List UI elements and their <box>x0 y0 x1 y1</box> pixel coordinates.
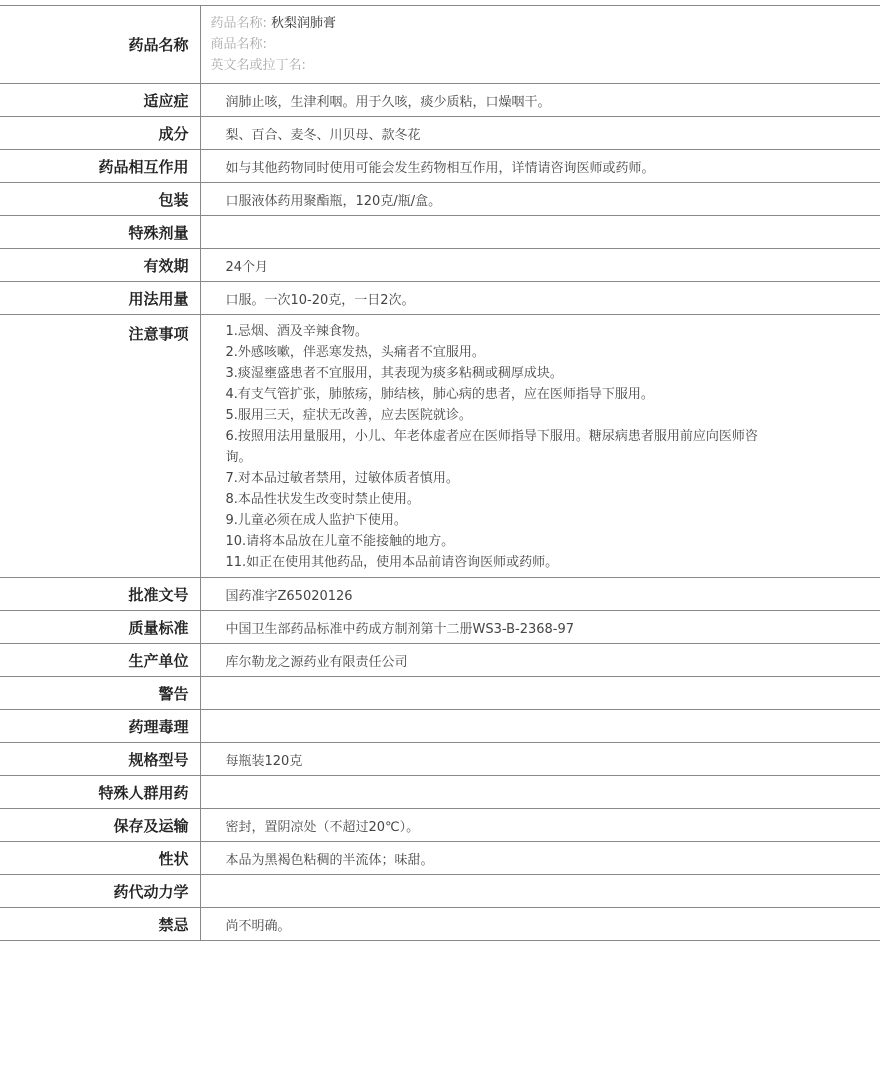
trade-name-key: 商品名称: <box>211 37 267 52</box>
spec-label: 质量标准 <box>0 611 200 644</box>
generic-name-value: 秋梨润肺膏 <box>271 16 336 31</box>
spec-label: 有效期 <box>0 249 200 282</box>
notice-item: 6.按照用法用量服用，小儿、年老体虚者应在医师指导下服用。糖尿病患者服用前应向医… <box>226 426 781 468</box>
spec-label: 包装 <box>0 183 200 216</box>
notice-item: 4.有支气管扩张，肺脓疡，肺结核，肺心病的患者，应在医师指导下服用。 <box>226 384 781 405</box>
spec-row: 特殊人群用药 <box>0 776 880 809</box>
spec-label: 警告 <box>0 677 200 710</box>
spec-value: 每瓶装120克 <box>200 743 880 776</box>
generic-name-line: 药品名称: 秋梨润肺膏 <box>211 13 880 34</box>
spec-label: 用法用量 <box>0 282 200 315</box>
spec-label: 注意事项 <box>0 315 200 578</box>
spec-row: 规格型号 每瓶装120克 <box>0 743 880 776</box>
drug-name-block: 药品名称: 秋梨润肺膏 商品名称: 英文名或拉丁名: <box>200 6 880 84</box>
spec-value: 24个月 <box>200 249 880 282</box>
spec-row: 批准文号 国药准字Z65020126 <box>0 578 880 611</box>
spec-value <box>200 776 880 809</box>
notice-item: 8.本品性状发生改变时禁止使用。 <box>226 489 781 510</box>
spec-label: 药理毒理 <box>0 710 200 743</box>
drug-spec-table: 药品名称 药品名称: 秋梨润肺膏 商品名称: 英文名或拉丁名: 适应症 润肺止咳… <box>0 5 880 941</box>
spec-value: 如与其他药物同时使用可能会发生药物相互作用，详情请咨询医师或药师。 <box>200 150 880 183</box>
spec-label: 药品名称 <box>0 6 200 84</box>
spec-label: 批准文号 <box>0 578 200 611</box>
spec-row: 有效期 24个月 <box>0 249 880 282</box>
notice-item: 2.外感咳嗽，伴恶寒发热，头痛者不宜服用。 <box>226 342 781 363</box>
spec-row: 禁忌 尚不明确。 <box>0 908 880 941</box>
spec-row: 药品相互作用 如与其他药物同时使用可能会发生药物相互作用，详情请咨询医师或药师。 <box>0 150 880 183</box>
spec-row: 药理毒理 <box>0 710 880 743</box>
spec-row: 性状 本品为黑褐色粘稠的半流体；味甜。 <box>0 842 880 875</box>
notice-item: 1.忌烟、酒及辛辣食物。 <box>226 321 781 342</box>
english-name-line: 英文名或拉丁名: <box>211 55 880 76</box>
spec-label: 适应症 <box>0 84 200 117</box>
english-name-key: 英文名或拉丁名: <box>211 58 306 73</box>
notice-item: 11.如正在使用其他药品，使用本品前请咨询医师或药师。 <box>226 552 781 573</box>
spec-row: 生产单位 库尔勒龙之源药业有限责任公司 <box>0 644 880 677</box>
spec-label: 保存及运输 <box>0 809 200 842</box>
spec-value: 梨、百合、麦冬、川贝母、款冬花 <box>200 117 880 150</box>
spec-value <box>200 710 880 743</box>
spec-row: 特殊剂量 <box>0 216 880 249</box>
spec-value <box>200 875 880 908</box>
spec-row: 质量标准 中国卫生部药品标准中药成方制剂第十二册WS3-B-2368-97 <box>0 611 880 644</box>
notice-item: 3.痰湿壅盛患者不宜服用，其表现为痰多粘稠或稠厚成块。 <box>226 363 781 384</box>
spec-row: 成分 梨、百合、麦冬、川贝母、款冬花 <box>0 117 880 150</box>
spec-value <box>200 216 880 249</box>
trade-name-line: 商品名称: <box>211 34 880 55</box>
spec-label: 成分 <box>0 117 200 150</box>
spec-label: 特殊人群用药 <box>0 776 200 809</box>
spec-row: 适应症 润肺止咳，生津利咽。用于久咳，痰少质粘，口燥咽干。 <box>0 84 880 117</box>
notice-block: 1.忌烟、酒及辛辣食物。 2.外感咳嗽，伴恶寒发热，头痛者不宜服用。 3.痰湿壅… <box>200 315 880 578</box>
notice-item: 5.服用三天，症状无改善，应去医院就诊。 <box>226 405 781 426</box>
spec-label: 规格型号 <box>0 743 200 776</box>
spec-value: 库尔勒龙之源药业有限责任公司 <box>200 644 880 677</box>
spec-row: 保存及运输 密封，置阴凉处（不超过20℃）。 <box>0 809 880 842</box>
notice-item: 7.对本品过敏者禁用，过敏体质者慎用。 <box>226 468 781 489</box>
spec-value: 国药准字Z65020126 <box>200 578 880 611</box>
spec-value: 口服液体药用聚酯瓶，120克/瓶/盒。 <box>200 183 880 216</box>
spec-row: 包装 口服液体药用聚酯瓶，120克/瓶/盒。 <box>0 183 880 216</box>
spec-value: 口服。一次10-20克，一日2次。 <box>200 282 880 315</box>
spec-label: 特殊剂量 <box>0 216 200 249</box>
spec-value: 密封，置阴凉处（不超过20℃）。 <box>200 809 880 842</box>
notice-item: 9.儿童必须在成人监护下使用。 <box>226 510 781 531</box>
spec-row: 用法用量 口服。一次10-20克，一日2次。 <box>0 282 880 315</box>
spec-row-drug-name: 药品名称 药品名称: 秋梨润肺膏 商品名称: 英文名或拉丁名: <box>0 6 880 84</box>
spec-row: 药代动力学 <box>0 875 880 908</box>
spec-label: 药代动力学 <box>0 875 200 908</box>
spec-label: 性状 <box>0 842 200 875</box>
spec-row-notice: 注意事项 1.忌烟、酒及辛辣食物。 2.外感咳嗽，伴恶寒发热，头痛者不宜服用。 … <box>0 315 880 578</box>
spec-label: 生产单位 <box>0 644 200 677</box>
spec-label: 禁忌 <box>0 908 200 941</box>
spec-label: 药品相互作用 <box>0 150 200 183</box>
notice-item: 10.请将本品放在儿童不能接触的地方。 <box>226 531 781 552</box>
spec-value: 中国卫生部药品标准中药成方制剂第十二册WS3-B-2368-97 <box>200 611 880 644</box>
spec-value: 润肺止咳，生津利咽。用于久咳，痰少质粘，口燥咽干。 <box>200 84 880 117</box>
generic-name-key: 药品名称: <box>211 16 267 31</box>
spec-value: 尚不明确。 <box>200 908 880 941</box>
spec-value: 本品为黑褐色粘稠的半流体；味甜。 <box>200 842 880 875</box>
notice-list: 1.忌烟、酒及辛辣食物。 2.外感咳嗽，伴恶寒发热，头痛者不宜服用。 3.痰湿壅… <box>226 321 880 573</box>
spec-row: 警告 <box>0 677 880 710</box>
spec-value <box>200 677 880 710</box>
